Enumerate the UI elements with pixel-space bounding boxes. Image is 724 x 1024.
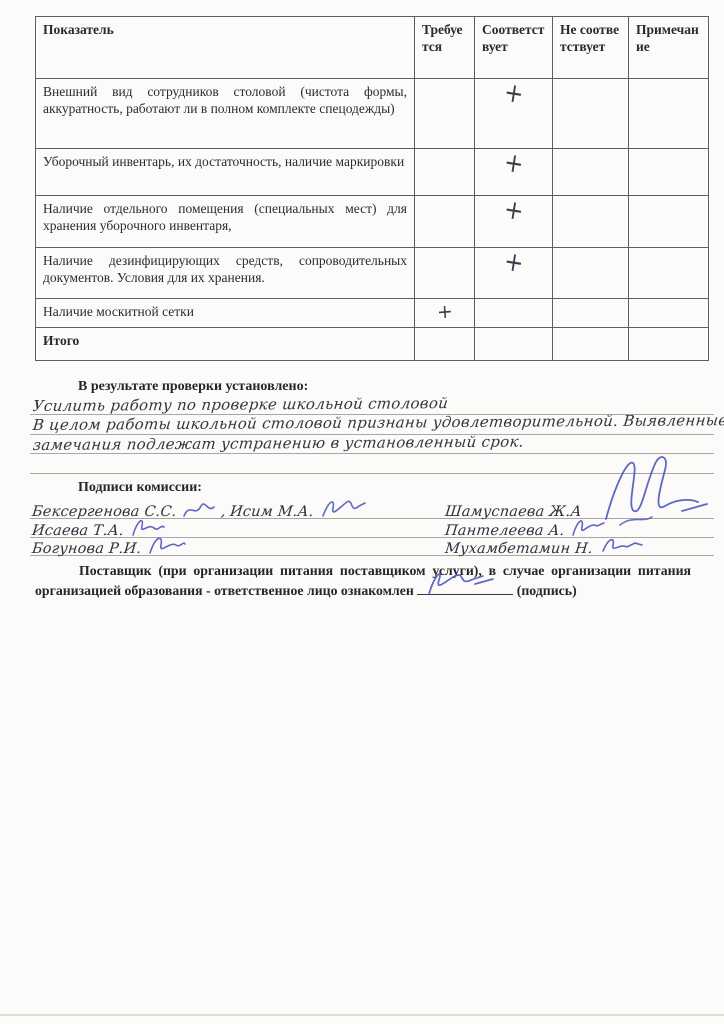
signature-scribble-icon (421, 566, 499, 600)
required-cell (415, 196, 475, 248)
handwritten-plus-mark: + (502, 197, 525, 226)
complies-cell: + (475, 196, 553, 248)
note-cell (629, 248, 709, 299)
handwritten-plus-mark: + (436, 302, 453, 322)
handwritten-findings-line: Усилить работу по проверке школьной стол… (32, 394, 449, 415)
required-cell (415, 79, 475, 149)
scanned-inspection-document: Показатель Требуется Соответствует Не со… (0, 0, 724, 1024)
table-row: Уборочный инвентарь, их достаточность, н… (36, 149, 709, 196)
signature-scribble-icon (146, 533, 186, 557)
separator: , (220, 504, 226, 520)
not-complies-cell (553, 248, 629, 299)
findings-heading: В результате проверки установлено: (78, 379, 714, 396)
signature-scribble-icon (319, 496, 367, 520)
not-complies-cell (553, 79, 629, 149)
supplier-acknowledgement: Поставщик (при организации питания поста… (35, 561, 691, 600)
commission-member-name: Исим М.А. (230, 504, 315, 520)
col-header-indicator: Показатель (36, 17, 415, 79)
signature-row: Богунова Р.И. Мухамбетамин Н. (30, 538, 714, 557)
inspection-checklist-table: Показатель Требуется Соответствует Не со… (35, 16, 709, 361)
table-row: Наличие москитной сетки + (36, 299, 709, 328)
signature-line (417, 582, 513, 595)
table-row: Наличие дезинфицирующих средств, сопрово… (36, 248, 709, 299)
not-complies-cell (553, 149, 629, 196)
note-cell (629, 79, 709, 149)
indicator-cell: Внешний вид сотрудников столовой (чистот… (36, 79, 415, 149)
indicator-cell: Наличие москитной сетки (36, 299, 415, 328)
acknowledgement-text: Поставщик (при организации питания поста… (35, 563, 691, 598)
col-header-not-complies: Не соответствует (553, 17, 629, 79)
complies-cell (475, 328, 553, 361)
required-cell (415, 149, 475, 196)
table-row: Внешний вид сотрудников столовой (чистот… (36, 79, 709, 149)
required-cell: + (415, 299, 475, 328)
note-cell (629, 149, 709, 196)
col-header-complies: Соответствует (475, 17, 553, 79)
commission-member-name: Богунова Р.И. (31, 541, 142, 557)
complies-cell: + (475, 248, 553, 299)
required-cell (415, 248, 475, 299)
signature-caption: (подпись) (517, 583, 577, 598)
note-cell (629, 328, 709, 361)
handwritten-findings-line: замечания подлежат устранению в установл… (32, 432, 525, 453)
note-cell (629, 299, 709, 328)
indicator-cell: Наличие отдельного помещения (специальны… (36, 196, 415, 248)
handwritten-plus-mark: + (502, 249, 525, 278)
col-header-note: Примечание (629, 17, 709, 79)
not-complies-cell (553, 196, 629, 248)
required-cell (415, 328, 475, 361)
complies-cell (475, 299, 553, 328)
signature-scribble-icon (182, 500, 216, 520)
not-complies-cell (553, 299, 629, 328)
handwritten-plus-mark: + (502, 150, 525, 179)
ruled-line: В целом работы школьной столовой признан… (30, 415, 714, 434)
table-row: Наличие отдельного помещения (специальны… (36, 196, 709, 248)
table-total-row: Итого (36, 328, 709, 361)
handwritten-findings-line: В целом работы школьной столовой признан… (32, 412, 724, 435)
scan-edge-artifact (0, 1014, 724, 1016)
signature-scribble-icon (599, 533, 643, 557)
col-header-required: Требуется (415, 17, 475, 79)
indicator-cell: Уборочный инвентарь, их достаточность, н… (36, 149, 415, 196)
total-label-cell: Итого (36, 328, 415, 361)
not-complies-cell (553, 328, 629, 361)
table-header-row: Показатель Требуется Соответствует Не со… (36, 17, 709, 79)
handwritten-plus-mark: + (502, 80, 525, 109)
note-cell (629, 196, 709, 248)
indicator-cell: Наличие дезинфицирующих средств, сопрово… (36, 248, 415, 299)
signature-flourish-icon (600, 453, 712, 529)
commission-member-name: Мухамбетамин Н. (444, 541, 593, 557)
complies-cell: + (475, 79, 553, 149)
ruled-line: замечания подлежат устранению в установл… (30, 435, 714, 454)
complies-cell: + (475, 149, 553, 196)
